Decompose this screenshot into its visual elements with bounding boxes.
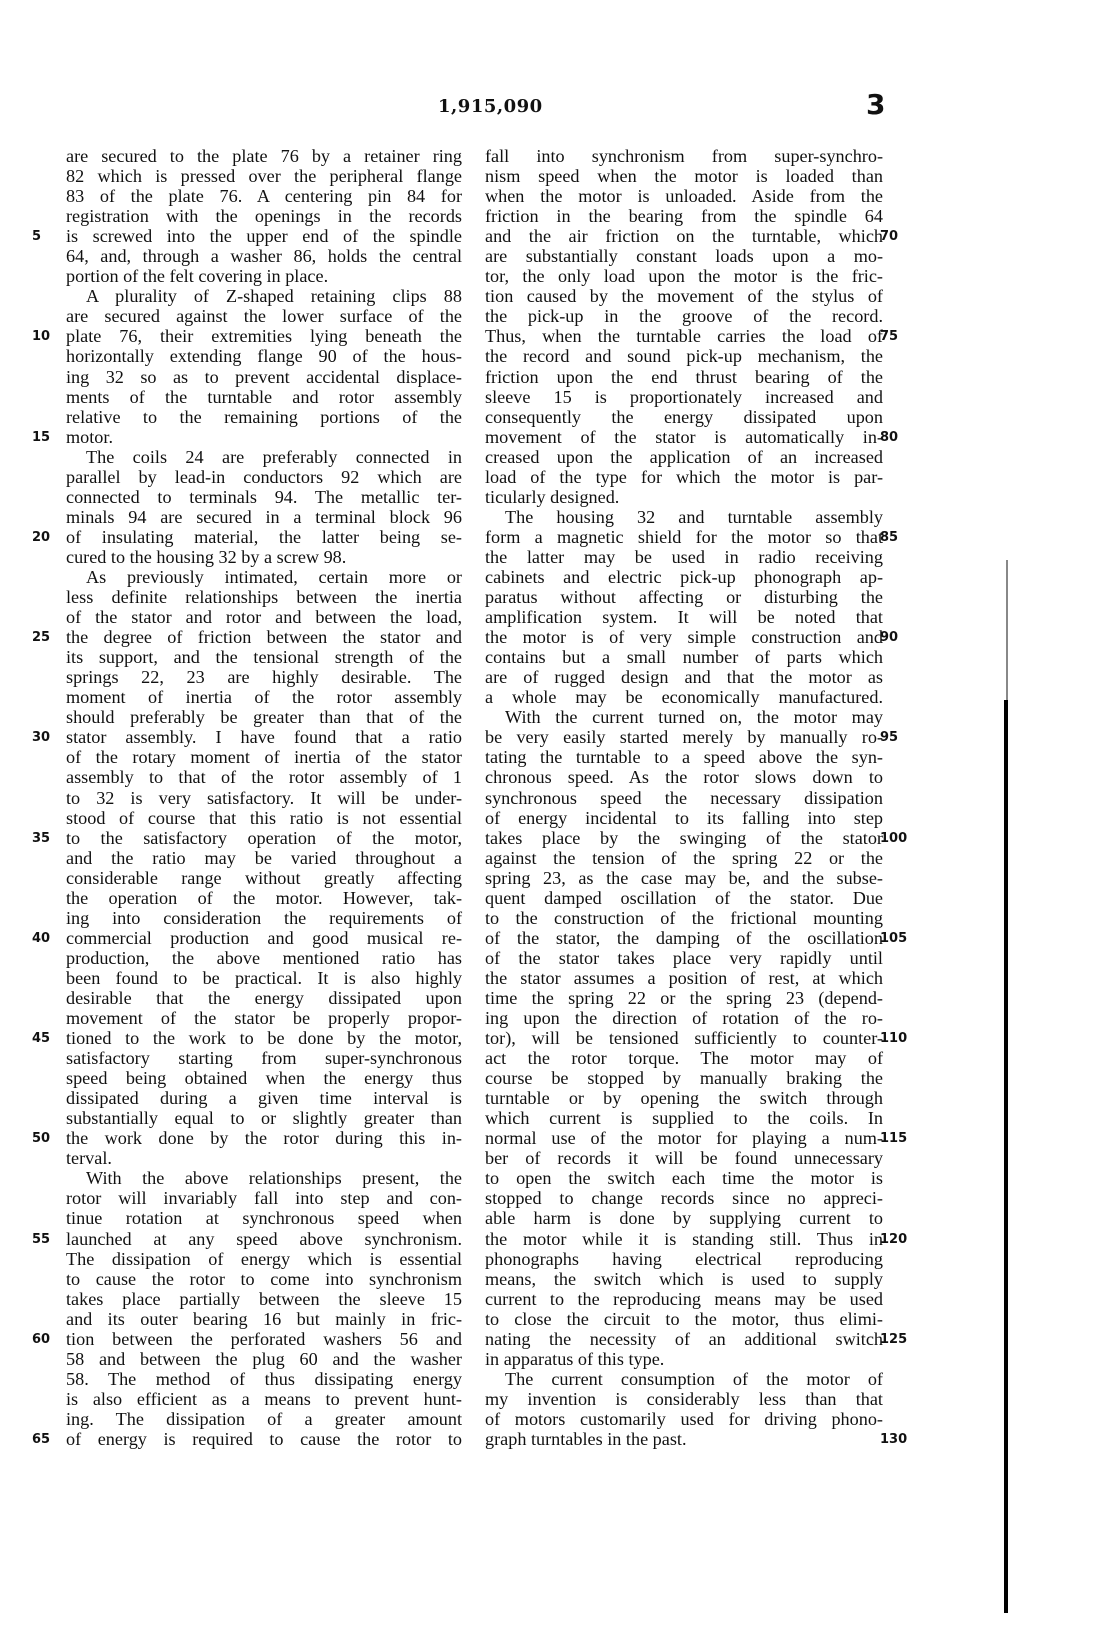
- text-line: movement of the stator is automatically …: [485, 427, 883, 447]
- text-line: the work done by the rotor during this i…: [66, 1128, 462, 1148]
- text-line: stator assembly. I have found that a rat…: [66, 727, 462, 747]
- text-line: sleeve 15 is proportionately increased a…: [485, 387, 883, 407]
- text-line: takes place partially between the sleeve…: [66, 1289, 462, 1309]
- line-number: 30: [32, 730, 50, 745]
- scan-edge-bar: [1004, 700, 1008, 1613]
- text-line: dissipated during a given time interval …: [66, 1088, 462, 1108]
- text-line: when the motor is unloaded. Aside from t…: [485, 186, 883, 206]
- text-line: the degree of friction between the stato…: [66, 627, 462, 647]
- text-line: graph turntables in the past.: [485, 1429, 883, 1449]
- text-line: able harm is done by supplying current t…: [485, 1208, 883, 1228]
- text-line: to the construction of the frictional mo…: [485, 908, 883, 928]
- text-line: and the ratio may be varied throughout a: [66, 848, 462, 868]
- text-line: are substantially constant loads upon a …: [485, 246, 883, 266]
- text-line: launched at any speed above synchronism.: [66, 1229, 462, 1249]
- line-number: 95: [880, 730, 898, 745]
- patent-number: 1,915,090: [438, 96, 543, 117]
- text-line: time the spring 22 or the spring 23 (dep…: [485, 988, 883, 1008]
- text-line: stood of course that this ratio is not e…: [66, 808, 462, 828]
- text-line: ing into consideration the requirements …: [66, 908, 462, 928]
- text-line: of insulating material, the latter being…: [66, 527, 462, 547]
- line-number: 10: [32, 329, 50, 344]
- text-line: nating the necessity of an additional sw…: [485, 1329, 883, 1349]
- text-line: spring 23, as the case may be, and the s…: [485, 868, 883, 888]
- text-line: relative to the remaining portions of th…: [66, 407, 462, 427]
- text-line: tor, the only load upon the motor is the…: [485, 266, 883, 286]
- text-line: its support, and the tensional strength …: [66, 647, 462, 667]
- line-number: 70: [880, 229, 898, 244]
- text-line: nism speed when the motor is loaded than: [485, 166, 883, 186]
- text-line: The dissipation of energy which is essen…: [66, 1249, 462, 1269]
- text-line: cabinets and electric pick-up phonograph…: [485, 567, 883, 587]
- line-number: 90: [880, 630, 898, 645]
- left-text-column: are secured to the plate 76 by a retaine…: [66, 146, 462, 1449]
- text-line: portion of the felt covering in place.: [66, 266, 462, 286]
- text-line: the motor while it is standing still. Th…: [485, 1229, 883, 1249]
- line-number: 40: [32, 931, 50, 946]
- text-line: moment of inertia of the rotor assembly: [66, 687, 462, 707]
- text-line: rotor will invariably fall into step and…: [66, 1188, 462, 1208]
- text-line: and its outer bearing 16 but mainly in f…: [66, 1309, 462, 1329]
- text-line: is also efficient as a means to prevent …: [66, 1389, 462, 1409]
- text-line: tor), will be tensioned sufficiently to …: [485, 1028, 883, 1048]
- text-line: 58. The method of thus dissipating energ…: [66, 1369, 462, 1389]
- text-line: of the stator, the damping of the oscill…: [485, 928, 883, 948]
- line-number: 35: [32, 831, 50, 846]
- text-line: The current consumption of the motor of: [485, 1369, 883, 1389]
- text-line: 58 and between the plug 60 and the washe…: [66, 1349, 462, 1369]
- text-line: production, the above mentioned ratio ha…: [66, 948, 462, 968]
- line-number: 60: [32, 1332, 50, 1347]
- line-number: 65: [32, 1432, 50, 1447]
- text-line: creased upon the application of an incre…: [485, 447, 883, 467]
- text-line: registration with the openings in the re…: [66, 206, 462, 226]
- text-line: ments of the turntable and rotor assembl…: [66, 387, 462, 407]
- text-line: against the tension of the spring 22 or …: [485, 848, 883, 868]
- text-line: be very easily started merely by manuall…: [485, 727, 883, 747]
- page-number: 3: [866, 88, 885, 121]
- text-line: ing. The dissipation of a greater amount: [66, 1409, 462, 1429]
- line-number: 20: [32, 530, 50, 545]
- text-line: to close the circuit to the motor, thus …: [485, 1309, 883, 1329]
- text-line: With the above relationships present, th…: [66, 1168, 462, 1188]
- text-line: the motor is of very simple construction…: [485, 627, 883, 647]
- text-line: ber of records it will be found unnecess…: [485, 1148, 883, 1168]
- text-line: normal use of the motor for playing a nu…: [485, 1128, 883, 1148]
- text-line: of the stator takes place very rapidly u…: [485, 948, 883, 968]
- right-text-column: fall into synchronism from super-synchro…: [485, 146, 883, 1449]
- text-line: considerable range without greatly affec…: [66, 868, 462, 888]
- line-number: 80: [880, 430, 898, 445]
- text-line: of energy incidental to its falling into…: [485, 808, 883, 828]
- text-line: are of rugged design and that the motor …: [485, 667, 883, 687]
- line-number: 120: [880, 1232, 907, 1247]
- line-number: 15: [32, 430, 50, 445]
- text-line: plate 76, their extremities lying beneat…: [66, 326, 462, 346]
- text-line: ticularly designed.: [485, 487, 883, 507]
- text-line: the operation of the motor. However, tak…: [66, 888, 462, 908]
- text-line: tion caused by the movement of the stylu…: [485, 286, 883, 306]
- text-line: terval.: [66, 1148, 462, 1168]
- text-line: the pick-up in the groove of the record.: [485, 306, 883, 326]
- text-line: phonographs having electrical reproducin…: [485, 1249, 883, 1269]
- text-line: desirable that the energy dissipated upo…: [66, 988, 462, 1008]
- text-line: takes place by the swinging of the stato…: [485, 828, 883, 848]
- text-line: tioned to the work to be done by the mot…: [66, 1028, 462, 1048]
- text-line: should preferably be greater than that o…: [66, 707, 462, 727]
- line-number: 85: [880, 530, 898, 545]
- text-line: ing upon the direction of rotation of th…: [485, 1008, 883, 1028]
- text-line: are secured against the lower surface of…: [66, 306, 462, 326]
- line-number: 5: [32, 229, 41, 244]
- text-line: A plurality of Z-shaped retaining clips …: [66, 286, 462, 306]
- text-line: The housing 32 and turntable assembly: [485, 507, 883, 527]
- text-line: current to the reproducing means may be …: [485, 1289, 883, 1309]
- text-line: The coils 24 are preferably connected in: [66, 447, 462, 467]
- text-line: which current is supplied to the coils. …: [485, 1108, 883, 1128]
- text-line: horizontally extending flange 90 of the …: [66, 346, 462, 366]
- text-line: springs 22, 23 are highly desirable. The: [66, 667, 462, 687]
- text-line: 64, and, through a washer 86, holds the …: [66, 246, 462, 266]
- text-line: less definite relationships between the …: [66, 587, 462, 607]
- text-line: act the rotor torque. The motor may of: [485, 1048, 883, 1068]
- text-line: minals 94 are secured in a terminal bloc…: [66, 507, 462, 527]
- text-line: tion between the perforated washers 56 a…: [66, 1329, 462, 1349]
- text-line: means, the switch which is used to suppl…: [485, 1269, 883, 1289]
- line-number: 110: [880, 1031, 907, 1046]
- text-line: paratus without affecting or disturbing …: [485, 587, 883, 607]
- text-line: 83 of the plate 76. A centering pin 84 f…: [66, 186, 462, 206]
- text-line: synchronous speed the necessary dissipat…: [485, 788, 883, 808]
- line-number: 130: [880, 1432, 907, 1447]
- line-number: 100: [880, 831, 907, 846]
- text-line: course be stopped by manually braking th…: [485, 1068, 883, 1088]
- text-line: connected to terminals 94. The metallic …: [66, 487, 462, 507]
- text-line: to 32 is very satisfactory. It will be u…: [66, 788, 462, 808]
- text-line: parallel by lead-in conductors 92 which …: [66, 467, 462, 487]
- text-line: movement of the stator be properly propo…: [66, 1008, 462, 1028]
- text-line: are secured to the plate 76 by a retaine…: [66, 146, 462, 166]
- text-line: form a magnetic shield for the motor so …: [485, 527, 883, 547]
- text-line: amplification system. It will be noted t…: [485, 607, 883, 627]
- text-line: contains but a small number of parts whi…: [485, 647, 883, 667]
- line-number: 55: [32, 1232, 50, 1247]
- line-number: 75: [880, 329, 898, 344]
- line-number: 125: [880, 1332, 907, 1347]
- text-line: a whole may be economically manufactured…: [485, 687, 883, 707]
- text-line: the latter may be used in radio receivin…: [485, 547, 883, 567]
- line-number: 25: [32, 630, 50, 645]
- text-line: speed being obtained when the energy thu…: [66, 1068, 462, 1088]
- text-line: in apparatus of this type.: [485, 1349, 883, 1369]
- text-line: of the rotary moment of inertia of the s…: [66, 747, 462, 767]
- text-line: friction upon the end thrust bearing of …: [485, 367, 883, 387]
- text-line: been found to be practical. It is also h…: [66, 968, 462, 988]
- line-number: 45: [32, 1031, 50, 1046]
- text-line: stopped to change records since no appre…: [485, 1188, 883, 1208]
- line-number: 115: [880, 1131, 907, 1146]
- text-line: satisfactory starting from super-synchro…: [66, 1048, 462, 1068]
- text-line: As previously intimated, certain more or: [66, 567, 462, 587]
- text-line: consequently the energy dissipated upon: [485, 407, 883, 427]
- text-line: of energy is required to cause the rotor…: [66, 1429, 462, 1449]
- text-line: motor.: [66, 427, 462, 447]
- text-line: load of the type for which the motor is …: [485, 467, 883, 487]
- text-line: is screwed into the upper end of the spi…: [66, 226, 462, 246]
- text-line: With the current turned on, the motor ma…: [485, 707, 883, 727]
- text-line: fall into synchronism from super-synchro…: [485, 146, 883, 166]
- text-line: tating the turntable to a speed above th…: [485, 747, 883, 767]
- text-line: to open the switch each time the motor i…: [485, 1168, 883, 1188]
- text-line: my invention is considerably less than t…: [485, 1389, 883, 1409]
- scan-edge-shadow: [1006, 560, 1008, 700]
- text-line: substantially equal to or slightly great…: [66, 1108, 462, 1128]
- text-line: to the satisfactory operation of the mot…: [66, 828, 462, 848]
- text-line: and the air friction on the turntable, w…: [485, 226, 883, 246]
- text-line: to cause the rotor to come into synchron…: [66, 1269, 462, 1289]
- line-number: 105: [880, 931, 907, 946]
- text-line: the stator assumes a position of rest, a…: [485, 968, 883, 988]
- text-line: cured to the housing 32 by a screw 98.: [66, 547, 462, 567]
- text-line: Thus, when the turntable carries the loa…: [485, 326, 883, 346]
- text-line: turntable or by opening the switch throu…: [485, 1088, 883, 1108]
- text-line: 82 which is pressed over the peripheral …: [66, 166, 462, 186]
- text-line: tinue rotation at synchronous speed when: [66, 1208, 462, 1228]
- text-line: the record and sound pick-up mechanism, …: [485, 346, 883, 366]
- text-line: commercial production and good musical r…: [66, 928, 462, 948]
- text-line: of the stator and rotor and between the …: [66, 607, 462, 627]
- text-line: friction in the bearing from the spindle…: [485, 206, 883, 226]
- text-line: chronous speed. As the rotor slows down …: [485, 767, 883, 787]
- text-line: of motors customarily used for driving p…: [485, 1409, 883, 1429]
- line-number: 50: [32, 1131, 50, 1146]
- text-line: assembly to that of the rotor assembly o…: [66, 767, 462, 787]
- text-line: ing 32 so as to prevent accidental displ…: [66, 367, 462, 387]
- text-line: quent damped oscillation of the stator. …: [485, 888, 883, 908]
